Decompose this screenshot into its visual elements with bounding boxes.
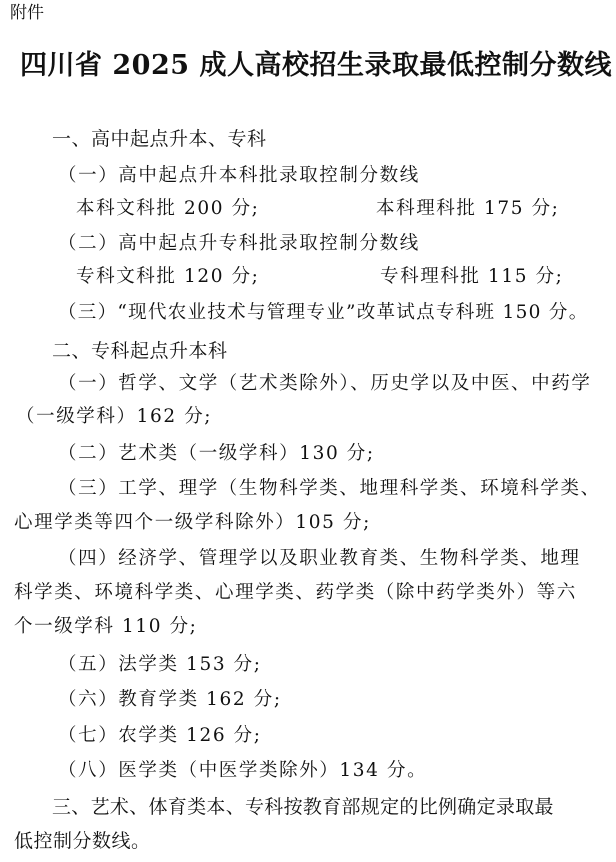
section-1-heading: 一、高中起点升本、专科 — [52, 130, 267, 149]
section-2-item-3-line-2: 心理学类等四个一级学科除外）105 分; — [14, 514, 371, 533]
undergrad-science-score: 本科理科批 175 分; — [376, 200, 560, 219]
attachment-label: 附件 — [10, 5, 44, 22]
section-2-heading: 二、专科起点升本科 — [52, 342, 228, 361]
section-2-item-1-line-2: （一级学科）162 分; — [16, 408, 212, 427]
section-2-item-4-line-1: （四）经济学、管理学以及职业教育类、生物科学类、地理 — [58, 550, 581, 569]
section-1-item-3: （三）“现代农业技术与管理专业”改革试点专科班 150 分。 — [58, 304, 589, 323]
section-3-line-2: 低控制分数线。 — [14, 832, 151, 851]
section-1-item-2-label: （二）高中起点升专科批录取控制分数线 — [58, 235, 420, 254]
section-2-item-2: （二）艺术类（一级学科）130 分; — [58, 445, 375, 464]
section-3-line-1: 三、艺术、体育类本、专科按教育部规定的比例确定录取最 — [52, 798, 554, 817]
section-1-item-1-label: （一）高中起点升本科批录取控制分数线 — [58, 167, 420, 186]
junior-college-science-score: 专科理科批 115 分; — [380, 268, 564, 287]
section-2-item-5: （五）法学类 153 分; — [58, 656, 262, 675]
section-2-item-7: （七）农学类 126 分; — [58, 727, 262, 746]
junior-college-arts-score: 专科文科批 120 分; — [76, 268, 260, 287]
section-2-item-8: （八）医学类（中医学类除外）134 分。 — [58, 762, 427, 781]
page-title: 四川省 2025 成人高校招生录取最低控制分数线 — [20, 52, 612, 79]
section-2-item-6: （六）教育学类 162 分; — [58, 691, 282, 710]
section-2-item-1-line-1: （一）哲学、文学（艺术类除外）、历史学以及中医、中药学 — [58, 375, 591, 394]
section-2-item-4-line-2: 科学类、环境科学类、心理学类、药学类（除中药学类外）等六 — [14, 584, 577, 603]
undergrad-arts-score: 本科文科批 200 分; — [76, 200, 260, 219]
section-2-item-4-line-3: 个一级学科 110 分; — [14, 618, 198, 637]
section-2-item-3-line-1: （三）工学、理学（生物科学类、地理科学类、环境科学类、 — [58, 480, 601, 499]
